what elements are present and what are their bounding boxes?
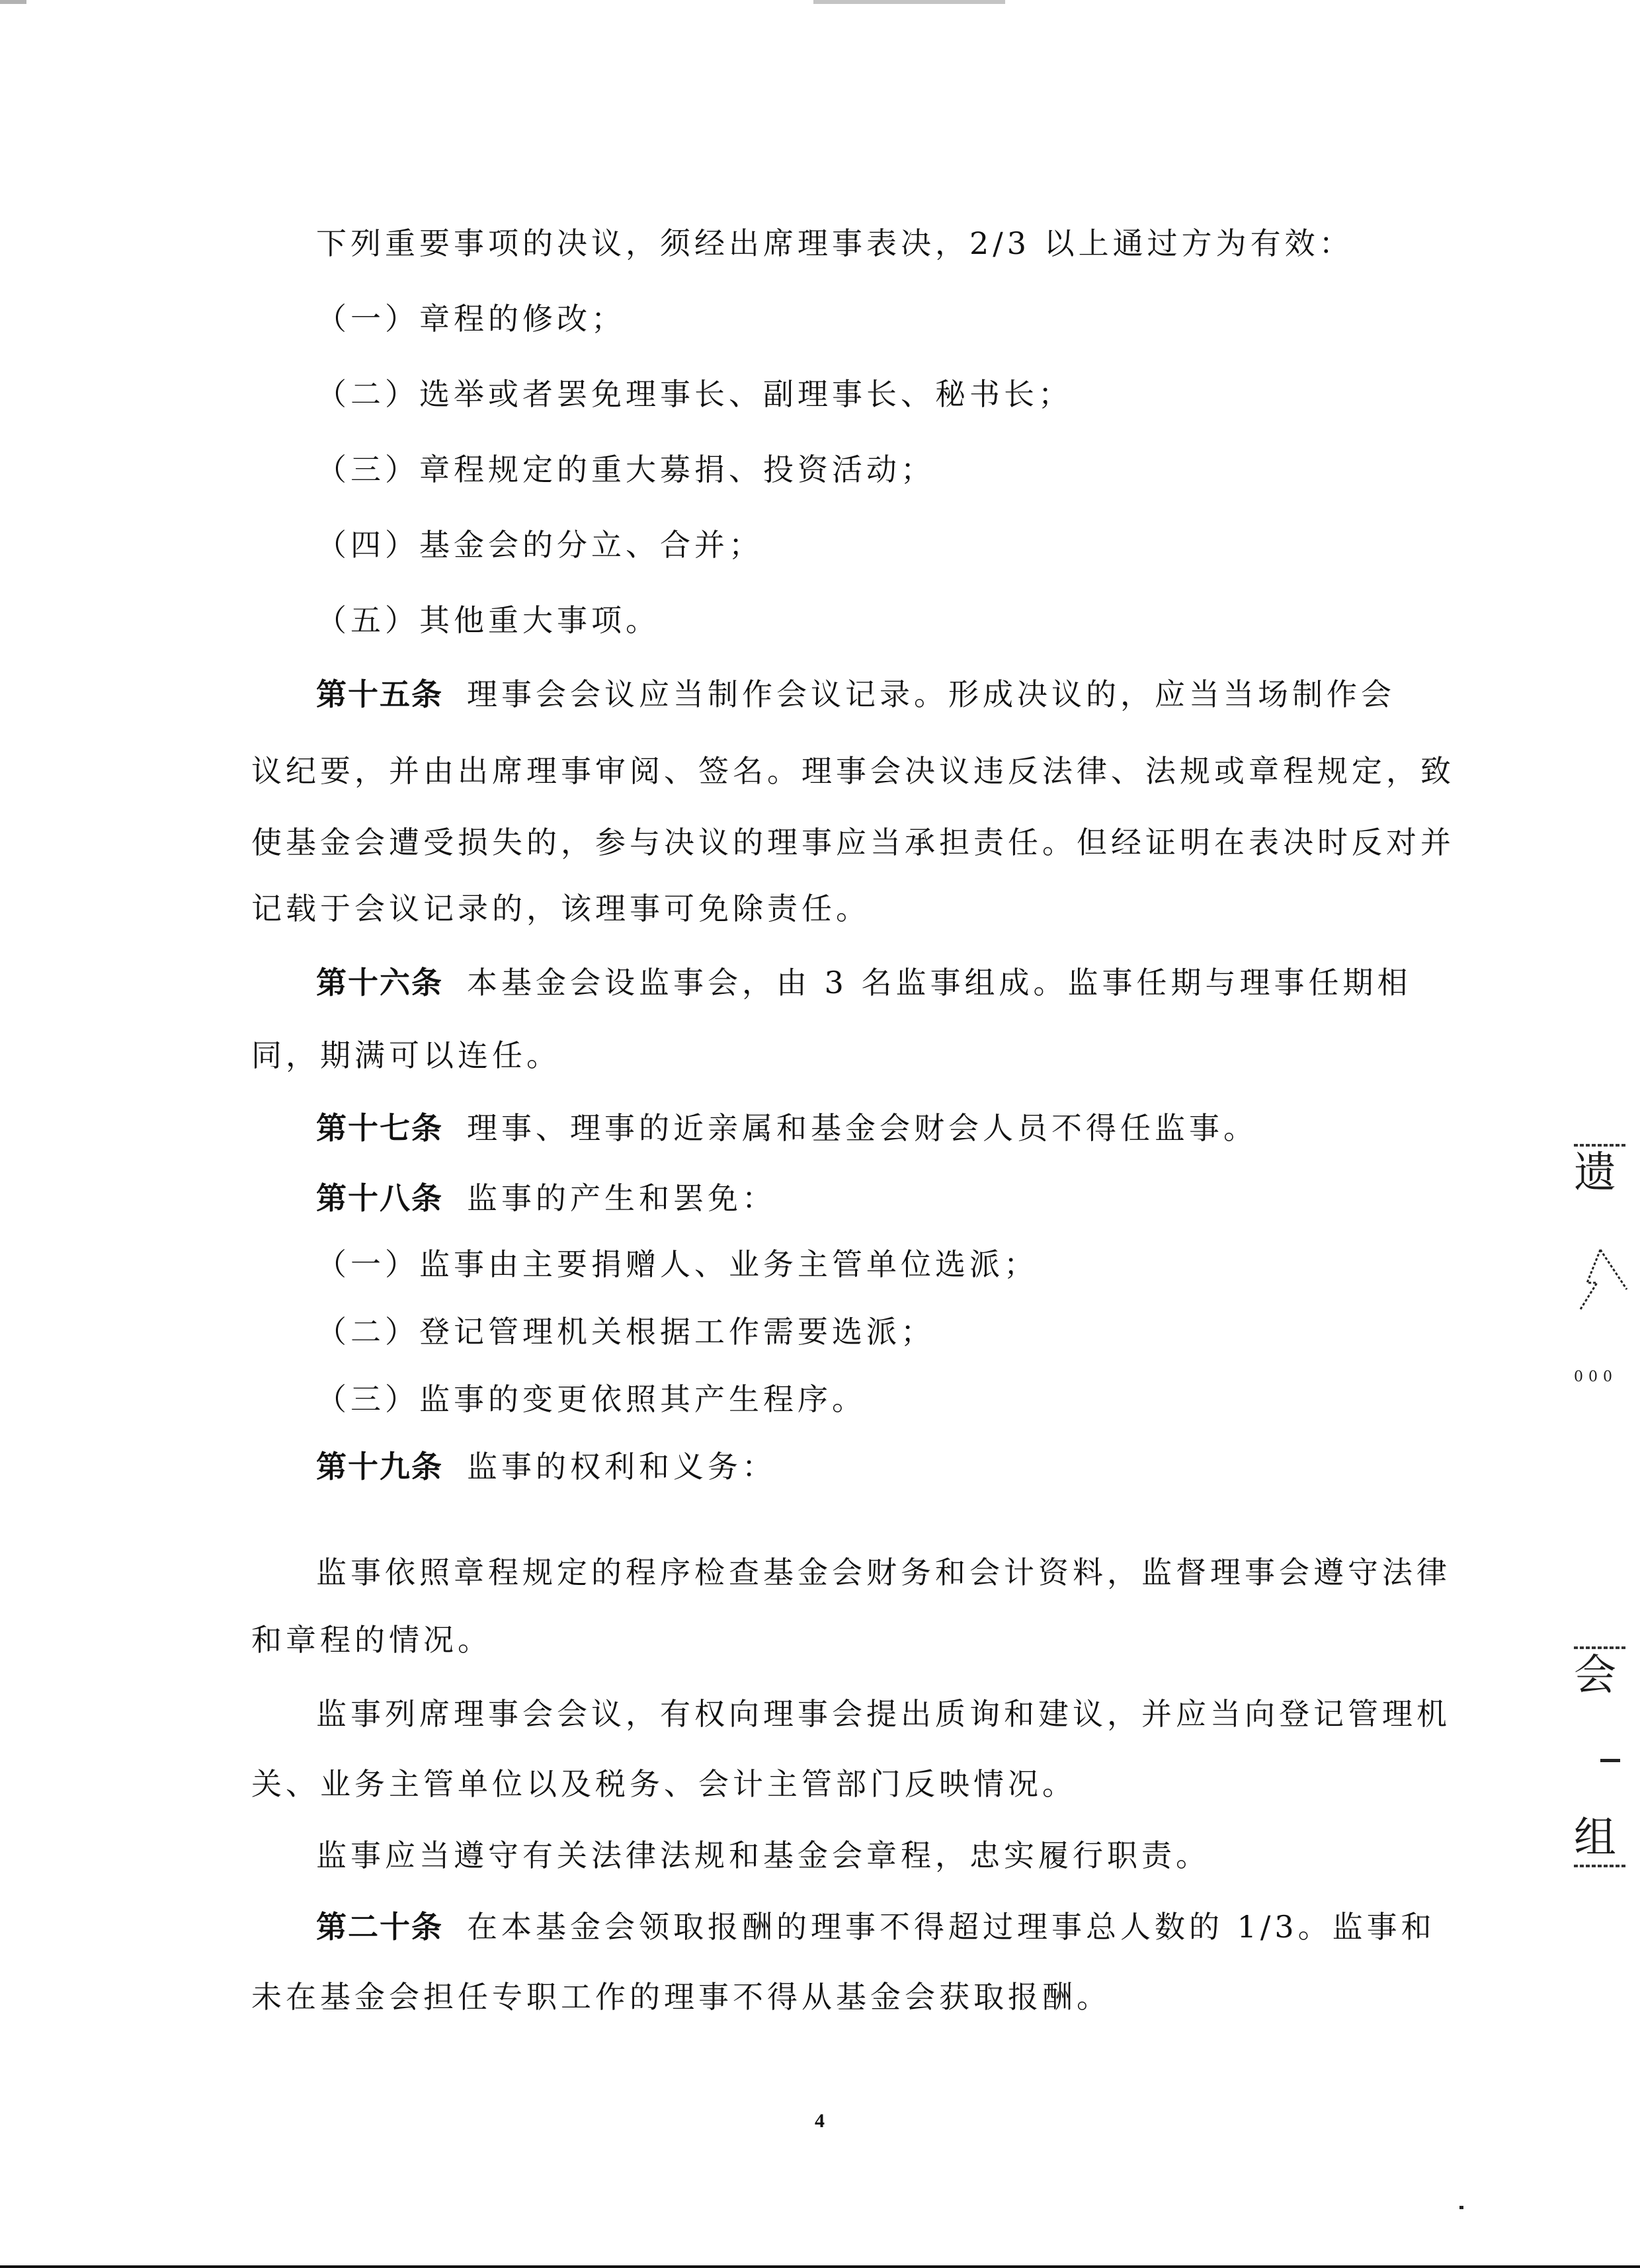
article-19-paragraph: 关、业务主管单位以及税务、会计主管部门反映情况。 [251,1764,1077,1804]
seal-fragment: 遗 [1574,1144,1640,1199]
article-16: 第十六条本基金会设监事会，由 3 名监事组成。监事任期与理事任期相 [316,963,1412,1002]
article-number: 第十九条 [316,1449,443,1484]
seal-rule [1574,1865,1627,1867]
article-17: 第十七条理事、理事的近亲属和基金会财会人员不得任监事。 [316,1108,1258,1148]
article-number: 第十七条 [316,1110,443,1146]
article-19-paragraph: 监事列席理事会会议，有权向理事会提出质询和建议，并应当向登记管理机 [316,1694,1451,1734]
seal-star-icon [1574,1243,1640,1316]
article-20: 第二十条在本基金会领取报酬的理事不得超过理事总人数的 1/3。监事和 [316,1907,1436,1947]
list-item: （三）监事的变更依照其产生程序。 [316,1379,866,1419]
list-item: （三）章程规定的重大募捐、投资活动； [316,450,935,489]
seal-fragment: 组 [1574,1812,1640,1867]
document-page: 下列重要事项的决议，须经出席理事表决，2/3 以上通过方为有效： （一）章程的修… [0,0,1640,2268]
article-number: 第十八条 [316,1180,443,1216]
article-18: 第十八条监事的产生和罢免： [316,1178,776,1218]
list-item: （一）监事由主要捐赠人、业务主管单位选派； [316,1244,1038,1284]
article-text: 理事会会议应当制作会议记录。形成决议的，应当当场制作会 [467,676,1395,712]
article-15-line: 使基金会遭受损失的，参与决议的理事应当承担责任。但经证明在表决时反对并 [251,823,1455,862]
seal-digits-text: 000 [1574,1369,1618,1385]
seal-fragment: 会 [1574,1646,1640,1702]
article-text: 在本基金会领取报酬的理事不得超过理事总人数的 1/3。监事和 [467,1909,1436,1945]
page-number: 4 [815,2108,825,2134]
list-item: （五）其他重大事项。 [316,600,660,640]
article-text: 监事的产生和罢免： [467,1180,776,1216]
article-19-paragraph: 监事应当遵守有关法律法规和基金会章程，忠实履行职责。 [316,1836,1210,1875]
article-number: 第十六条 [316,965,443,1000]
article-text: 监事的权利和义务： [467,1449,776,1484]
article-19-paragraph: 和章程的情况。 [251,1620,492,1660]
scan-speck [1459,2206,1463,2209]
article-15-line: 议纪要，并由出席理事审阅、签名。理事会决议违反法律、法规或章程规定，致 [251,751,1455,791]
seal-char: 遗 [1574,1147,1640,1199]
list-item: （二）登记管理机关根据工作需要选派； [316,1312,935,1352]
list-item: （一）章程的修改； [316,299,626,339]
article-text: 本基金会设监事会，由 3 名监事组成。监事任期与理事任期相 [467,965,1412,1000]
article-20-line: 未在基金会担任专职工作的理事不得从基金会获取报酬。 [251,1977,1111,2017]
seal-char: 会 [1574,1649,1640,1702]
scan-artifact-top [0,0,1640,4]
article-number: 第十五条 [316,676,443,712]
article-19-paragraph: 监事依照章程规定的程序检查基金会财务和会计资料，监督理事会遵守法律 [316,1553,1451,1592]
intro-line: 下列重要事项的决议，须经出席理事表决，2/3 以上通过方为有效： [316,223,1354,263]
article-number: 第二十条 [316,1909,443,1945]
list-item: （二）选举或者罢免理事长、副理事长、秘书长； [316,374,1073,414]
article-15-line: 记载于会议记录的，该理事可免除责任。 [251,889,870,928]
article-19: 第十九条监事的权利和义务： [316,1447,776,1486]
seal-char: 组 [1574,1812,1640,1865]
list-item: （四）基金会的分立、合并； [316,525,763,565]
seal-digits: 000 [1574,1369,1640,1385]
article-15: 第十五条理事会会议应当制作会议记录。形成决议的，应当当场制作会 [316,674,1395,714]
article-text: 理事、理事的近亲属和基金会财会人员不得任监事。 [467,1110,1258,1146]
seal-stroke [1574,1759,1640,1765]
scan-artifact-bottom [0,2265,1640,2268]
article-16-line: 同，期满可以连任。 [251,1035,561,1075]
